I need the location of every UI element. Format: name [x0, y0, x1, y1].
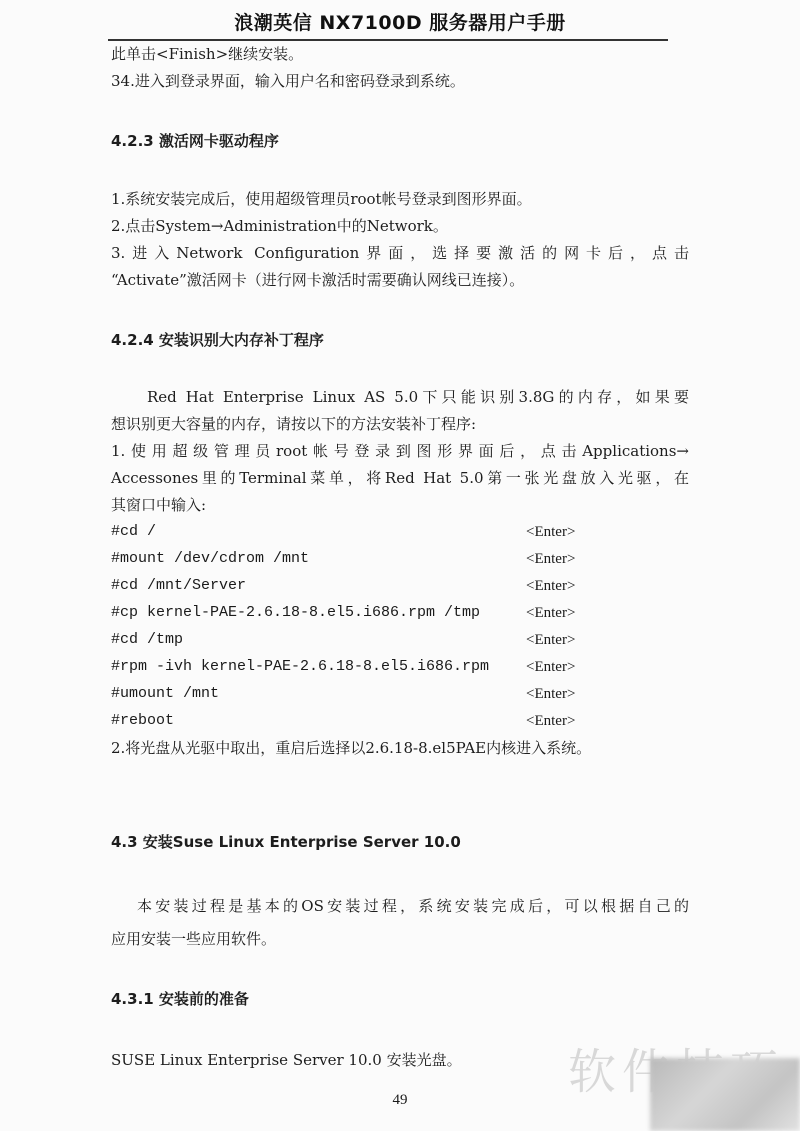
enter-key-label: <Enter> [526, 576, 575, 596]
step-line: 1.系统安装完成后，使用超级管理员root帐号登录到图形界面。 [111, 189, 532, 209]
step-line: 其窗口中输入: [111, 495, 206, 515]
step-line: 2.点击System→Administration中的Network。 [111, 216, 448, 236]
section-heading-4-2-3: 4.2.3 激活网卡驱动程序 [111, 131, 279, 151]
section-heading-4-2-4: 4.2.4 安装识别大内存补丁程序 [111, 330, 324, 350]
intro-line: 34.进入到登录界面，输入用户名和密码登录到系统。 [111, 71, 465, 91]
command-text: #cd /mnt/Server [111, 576, 246, 596]
step-line: 3.进入Network Configuration界面，选择要激活的网卡后，点击 [111, 243, 689, 263]
enter-key-label: <Enter> [526, 630, 575, 650]
enter-key-label: <Enter> [526, 711, 575, 731]
paragraph-line: 想识别更大容量的内存，请按以下的方法安装补丁程序: [111, 414, 476, 434]
step-line: Accessones里的Terminal菜单，将Red Hat 5.0第一张光盘… [111, 468, 689, 488]
command-text: #mount /dev/cdrom /mnt [111, 549, 309, 569]
command-text: #cp kernel-PAE-2.6.18-8.el5.i686.rpm /tm… [111, 603, 480, 623]
step-line: “Activate”激活网卡（进行网卡激活时需要确认网线已连接）。 [111, 270, 524, 290]
paragraph-line: 应用安装一些应用软件。 [111, 929, 276, 949]
intro-line: 此单击<Finish>继续安装。 [111, 44, 303, 64]
body-text: SUSE Linux Enterprise Server 10.0 安装光盘。 [111, 1050, 462, 1070]
command-text: #umount /mnt [111, 684, 219, 704]
enter-key-label: <Enter> [526, 603, 575, 623]
enter-key-label: <Enter> [526, 684, 575, 704]
document-page: 浪潮英信 NX7100D 服务器用户手册 此单击<Finish>继续安装。 34… [0, 0, 800, 1131]
command-text: #cd /tmp [111, 630, 183, 650]
paragraph-line: 本安装过程是基本的OS安装过程，系统安装完成后，可以根据自己的 [111, 896, 689, 916]
section-heading-4-3: 4.3 安装Suse Linux Enterprise Server 10.0 [111, 832, 461, 852]
header-divider [108, 39, 668, 41]
enter-key-label: <Enter> [526, 522, 575, 542]
paragraph-line: Red Hat Enterprise Linux AS 5.0下只能识别3.8G… [111, 387, 689, 407]
page-header-title: 浪潮英信 NX7100D 服务器用户手册 [0, 8, 800, 35]
command-text: #rpm -ivh kernel-PAE-2.6.18-8.el5.i686.r… [111, 657, 489, 677]
section-heading-4-3-1: 4.3.1 安装前的准备 [111, 989, 249, 1009]
command-text: #cd / [111, 522, 156, 542]
enter-key-label: <Enter> [526, 657, 575, 677]
command-text: #reboot [111, 711, 174, 731]
step-line: 1.使用超级管理员root帐号登录到图形界面后，点击Applications→ [111, 441, 689, 461]
watermark-blur-overlay [650, 1058, 800, 1131]
enter-key-label: <Enter> [526, 549, 575, 569]
step-line: 2.将光盘从光驱中取出，重启后选择以2.6.18-8.el5PAE内核进入系统。 [111, 738, 591, 758]
